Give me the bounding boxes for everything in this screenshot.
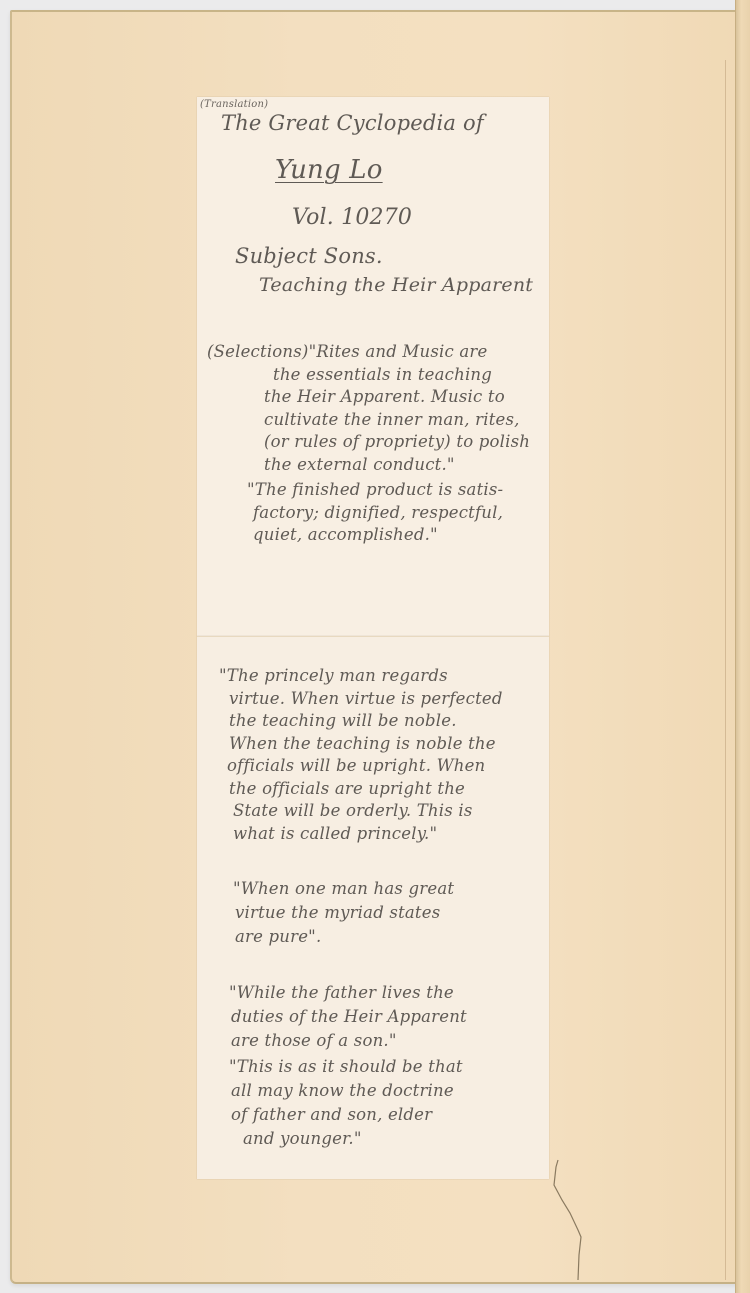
selections-label: (Selections) [207, 342, 309, 361]
passage-line: quiet, accomplished." [247, 524, 503, 547]
passage-father-lives: "While the father lives the duties of th… [229, 981, 467, 1053]
passage-line: "This is as it should be that [229, 1055, 463, 1079]
passage-line: "The finished product is satis- [247, 479, 503, 502]
page-fold-line [725, 60, 726, 1280]
passage-line: officials will be upright. When [219, 755, 503, 778]
passage-line: the external conduct." [207, 454, 530, 477]
translation-slip-bottom: "The princely man regards virtue. When v… [197, 636, 549, 1179]
passage-line: are those of a son." [229, 1029, 467, 1053]
passage-finished-product: "The finished product is satis- factory;… [247, 479, 503, 547]
passage-line: "When one man has great [233, 877, 454, 901]
passage-one-man-virtue: "When one man has great virtue the myria… [233, 877, 454, 949]
passage-line: the teaching will be noble. [219, 710, 503, 733]
passage-line: virtue the myriad states [233, 901, 454, 925]
passage-line: "The princely man regards [219, 665, 503, 688]
passage-doctrine: "This is as it should be that all may kn… [229, 1055, 463, 1151]
passage-line: of father and son, elder [229, 1103, 463, 1127]
translation-label: (Translation) [200, 99, 268, 110]
passage-line: When the teaching is noble the [219, 733, 503, 756]
topic-heading: Teaching the Heir Apparent [259, 274, 533, 296]
translation-slip-top: (Translation) The Great Cyclopedia of Yu… [197, 97, 549, 636]
passage-line: are pure". [233, 925, 454, 949]
paper-crack [548, 1155, 608, 1285]
passage-line: cultivate the inner man, rites, [207, 409, 530, 432]
passage-line: duties of the Heir Apparent [229, 1005, 467, 1029]
passage-line: the essentials in teaching [207, 364, 530, 387]
passage-line: the officials are upright the [219, 778, 503, 801]
passage-line: "While the father lives the [229, 981, 467, 1005]
passage-line: State will be orderly. This is [219, 800, 503, 823]
binding-strip [735, 0, 750, 1293]
passage-princely-man: "The princely man regards virtue. When v… [219, 665, 503, 845]
work-name: Yung Lo [275, 155, 383, 185]
passage-line: all may know the doctrine [229, 1079, 463, 1103]
passage-line: "Rites and Music are [309, 342, 488, 361]
subject-heading: Subject Sons. [235, 244, 383, 268]
passage-line: (or rules of propriety) to polish [207, 431, 530, 454]
document-title: The Great Cyclopedia of [221, 111, 484, 135]
passage-line: what is called princely." [219, 823, 503, 846]
passage-line: the Heir Apparent. Music to [207, 386, 530, 409]
volume-number: Vol. 10270 [292, 205, 412, 230]
passage-line: virtue. When virtue is perfected [219, 688, 503, 711]
passage-line: and younger." [229, 1127, 463, 1151]
passage-rites-and-music: (Selections)"Rites and Music are the ess… [207, 341, 530, 476]
passage-line: factory; dignified, respectful, [247, 502, 503, 525]
